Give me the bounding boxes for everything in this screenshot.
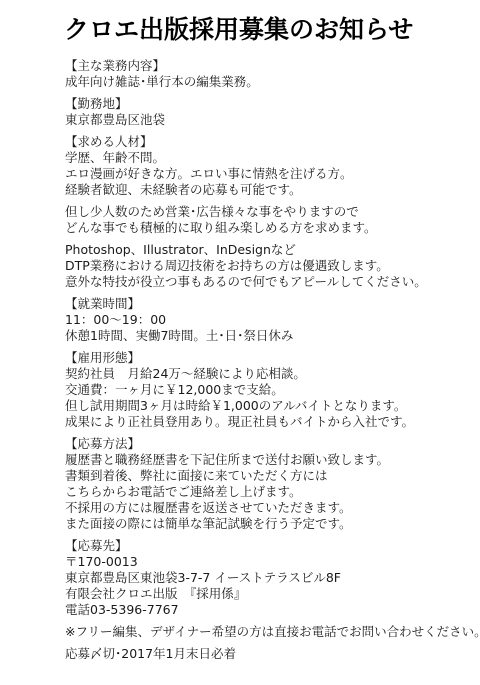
section-line: エロ漫画が好きな方。エロい事に情熱を注げる方。 [65,166,480,182]
section-work-location: 【勤務地】 東京都豊島区池袋 [65,96,480,128]
section-job-description: 【主な業務内容】 成年向け雑誌･単行本の編集業務。 [65,58,480,90]
section-line: 学歴、年齢不問。 [65,150,480,166]
section-application-method: 【応募方法】 履歴書と職務経歴書を下記住所まで送付お願い致します。 書類到着後、… [65,436,480,532]
section-heading: 【就業時間】 [65,296,480,312]
section-desired-candidate-extra: 但し少人数のため営業･広告様々な事をやりますので どんな事でも積極的に取り組み楽… [65,204,480,236]
section-line: 意外な特技が役立つ事もあるので何でもアピールしてください。 [65,274,480,290]
postal-code: 〒170-0013 [65,554,480,570]
section-heading: 【主な業務内容】 [65,58,480,74]
section-line: 成果により正社員登用あり。現正社員もバイトから入社です。 [65,414,480,430]
section-heading: 【応募先】 [65,538,480,554]
section-employment-type: 【雇用形態】 契約社員 月給24万～経験により応相談。 交通費：一ヶ月に￥12,… [65,350,480,430]
section-heading: 【勤務地】 [65,96,480,112]
section-line: Photoshop、Illustrator、InDesignなど [65,242,480,258]
section-desired-candidate: 【求める人材】 学歴、年齢不問。 エロ漫画が好きな方。エロい事に情熱を注げる方。… [65,134,480,198]
contact-note: ※フリー編集、デザイナー希望の方は直接お電話でお問い合わせください。 [65,624,480,640]
section-heading: 【求める人材】 [65,134,480,150]
phone-number: 電話03-5396-7767 [65,602,480,618]
page-title: クロエ出版採用募集のお知らせ [64,14,413,46]
section-line: 履歴書と職務経歴書を下記住所まで送付お願い致します。 [65,452,480,468]
section-line: 休憩1時間、実働7時間。土･日･祭日休み [65,328,480,344]
application-deadline: 応募〆切･2017年1月末日必着 [65,646,480,662]
section-working-hours: 【就業時間】 11：00～19：00 休憩1時間、実働7時間。土･日･祭日休み [65,296,480,344]
section-line: DTP業務における周辺技術をお持ちの方は優遇致します。 [65,258,480,274]
company-name: 有限会社クロエ出版 『採用係』 [65,586,480,602]
section-line: 成年向け雑誌･単行本の編集業務。 [65,74,480,90]
section-line: こちらからお電話でご連絡差し上げます。 [65,484,480,500]
section-line: 但し試用期間3ヶ月は時給￥1,000のアルバイトとなります。 [65,398,480,414]
section-line: 但し少人数のため営業･広告様々な事をやりますので [65,204,480,220]
section-line: 東京都豊島区池袋 [65,112,480,128]
section-line: また面接の際には簡単な筆記試験を行う予定です。 [65,516,480,532]
section-heading: 【雇用形態】 [65,350,480,366]
section-line: 契約社員 月給24万～経験により応相談。 [65,366,480,382]
address: 東京都豊島区東池袋3-7-7 イーストテラスビル8F [65,570,480,586]
job-posting-body: 【主な業務内容】 成年向け雑誌･単行本の編集業務。 【勤務地】 東京都豊島区池袋… [65,58,480,662]
section-skills: Photoshop、Illustrator、InDesignなど DTP業務にお… [65,242,480,290]
section-line: 11：00～19：00 [65,312,480,328]
section-line: 書類到着後、弊社に面接に来ていただく方には [65,468,480,484]
section-line: 交通費：一ヶ月に￥12,000まで支給。 [65,382,480,398]
section-line: 経験者歓迎、未経験者の応募も可能です。 [65,182,480,198]
section-line: どんな事でも積極的に取り組み楽しめる方を求めます。 [65,220,480,236]
section-application-address: 【応募先】 〒170-0013 東京都豊島区東池袋3-7-7 イーストテラスビル… [65,538,480,618]
section-heading: 【応募方法】 [65,436,480,452]
section-line: 不採用の方には履歴書を返送させていただきます。 [65,500,480,516]
